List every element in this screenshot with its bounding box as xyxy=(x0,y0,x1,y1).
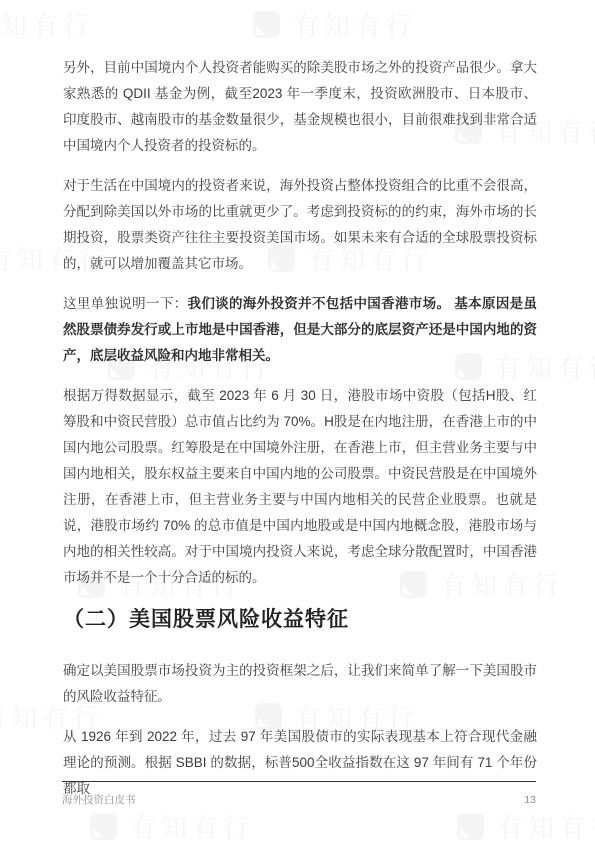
footer-divider xyxy=(62,781,536,782)
paragraph-qdii-products: 另外，目前中国境内个人投资者能购买的除美股市场之外的投资产品很少。拿大家熟悉的 … xyxy=(63,55,537,159)
paragraph-sbbi-history: 从 1926 年到 2022 年，过去 97 年美国股债市的实际表现基本上符合现… xyxy=(63,724,537,802)
paragraph-hongkong-note-lead: 这里单独说明一下： xyxy=(63,296,187,311)
watermark: 有知有行 xyxy=(0,6,94,43)
watermark: 有知有行 xyxy=(253,6,417,43)
watermark-text: 有知有行 xyxy=(293,6,417,43)
youzhiyouxing-logo-icon xyxy=(457,813,484,840)
document-page: 有知有行 有知有行 有知有行 有知有行 有知有行 有知有行 有知有行 有知有行 … xyxy=(0,0,595,842)
watermark-text: 有知有行 xyxy=(0,6,94,43)
section-heading-us-stock-risk-return: （二）美国股票风险收益特征 xyxy=(63,605,537,635)
youzhiyouxing-logo-icon xyxy=(90,813,117,840)
paragraph-overseas-allocation: 对于生活在中国境内的投资者来说，海外投资占整体投资组合的比重不会很高，分配到除美… xyxy=(63,173,537,277)
footer-document-title: 海外投资白皮书 xyxy=(62,792,136,807)
paragraph-hongkong-note: 这里单独说明一下：我们谈的海外投资并不包括中国香港市场。 基本原因是虽然股票债券… xyxy=(63,291,537,369)
footer-page-number: 13 xyxy=(524,794,536,806)
paragraph-hk-market-analysis: 根据万得数据显示，截至 2023 年 6 月 30 日，港股市场中资股（包括H股… xyxy=(63,383,537,591)
page-footer: 海外投资白皮书 13 xyxy=(62,792,536,807)
paragraph-us-framework: 确定以美国股票市场投资为主的投资框架之后，让我们来简单了解一下美国股市的风险收益… xyxy=(63,658,537,710)
youzhiyouxing-logo-icon xyxy=(253,11,280,38)
page-content: 另外，目前中国境内个人投资者能购买的除美股市场之外的投资产品很少。拿大家熟悉的 … xyxy=(63,55,537,816)
